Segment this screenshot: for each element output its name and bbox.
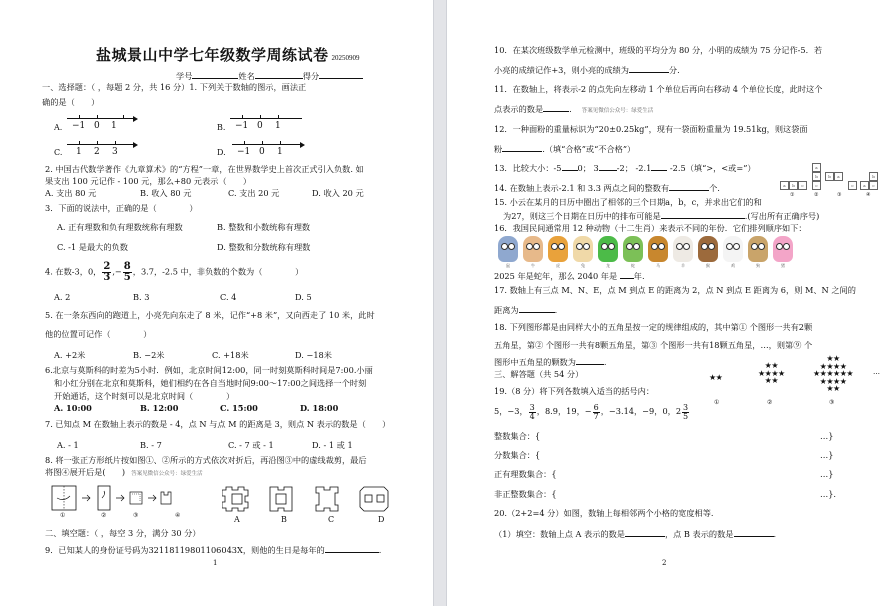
page-gutter — [433, 0, 447, 606]
fraction-8-5: 85 — [123, 262, 132, 283]
page-number: 1 — [213, 559, 217, 567]
page-number: 2 — [662, 559, 666, 567]
exam-title: 盐城景山中学七年级数学周练试卷20250909 — [96, 44, 360, 65]
q10-stem-line1: 10．在某次班级数学单元检测中，班级的平均分为 80 分，小明的成绩为 75 分… — [494, 45, 822, 56]
zodiac-animal: 马 — [647, 236, 669, 269]
section3-heading: 三、解答题（共 54 分） — [494, 369, 583, 380]
q2-option-c[interactable]: C. 支出 20 元 — [228, 188, 279, 199]
q2-stem-line2: 果支出 100 元记作 - 100 元，那么+80 元表示（ ） — [45, 176, 251, 187]
zodiac-animal-icon — [573, 236, 593, 262]
fraction-2-3: 23 — [102, 262, 111, 283]
q19-number-list: 5，−3，34，8.9，19，−67，−3.14，−9，0，235 — [494, 402, 690, 421]
q9-stem: 9．已知某人的身份证号码为32118119801106043X，则他的生日是每年… — [45, 544, 381, 556]
zodiac-animal-icon — [698, 236, 718, 262]
zodiac-animal: 鸡 — [722, 236, 744, 269]
q11-stem-line2: 点表示的数是.答案见微信公众号：绿爱生活 — [494, 103, 653, 117]
zodiac-animal-icon — [648, 236, 668, 262]
star-figure-1: ★★ — [709, 374, 722, 382]
watermark-text: 答案见微信公众号：绿爱生活 — [582, 108, 654, 114]
q6-stem-line1: 6.北京与莫斯科的时差为5小时．例如，北京时间12:00，同一时刻莫斯科时间是7… — [45, 365, 373, 376]
zodiac-animal-icon — [598, 236, 618, 262]
zodiac-animal-label: 羊 — [681, 263, 685, 269]
fraction-6-7: 67 — [593, 404, 600, 421]
zodiac-animal: 鼠 — [497, 236, 519, 269]
q7-option-b[interactable]: B. - 7 — [140, 440, 162, 451]
q12-stem-line2: 粉.（填“合格”或“不合格”） — [494, 143, 635, 155]
q18-stem-line1: 18. 下列图形都是由同样大小的五角星按一定的规律组成的，其中第① 个图形一共有… — [494, 322, 812, 333]
q4-option-b[interactable]: B. 3 — [133, 292, 149, 303]
q5-option-b[interactable]: B. −2米 — [133, 350, 164, 361]
q16-stem-line2: 2025 年是蛇年，那么 2040 年是 年. — [494, 270, 645, 282]
zodiac-animal-label: 鸡 — [731, 263, 735, 269]
q8-stem-line1: 8. 将一张正方形纸片按如图①、②所示的方式依次对折后，再沿图③中的虚线裁剪，最… — [45, 455, 367, 466]
set-integers-label: 整数集合：{ — [494, 431, 540, 442]
section2-heading: 二、填空题：（ ，每空 3 分，满分 30 分） — [45, 528, 201, 539]
q10-stem-line2: 小亮的成绩记作+3，则小亮的成绩为分. — [494, 64, 680, 76]
q13-blank-2[interactable] — [599, 162, 617, 171]
zodiac-animal-label: 龙 — [606, 263, 610, 269]
zodiac-animal: 龙 — [597, 236, 619, 269]
q8-stem-line2: 将图④展开后是( )答案见微信公众号：绿爱生活 — [45, 467, 203, 480]
section1-heading: 一、选择题：（ ，每题 2 分，共 16 分）1. 下列关于数轴的图示，画法正 — [42, 82, 306, 93]
zodiac-animal-icon — [748, 236, 768, 262]
q16-answer-blank[interactable] — [620, 270, 634, 279]
q1-stem-cont: 确的是（ ） — [42, 97, 99, 108]
q7-option-d[interactable]: D. - 1 或 1 — [312, 440, 353, 451]
zodiac-animal: 猴 — [697, 236, 719, 269]
student-name-blank[interactable] — [255, 70, 303, 79]
folding-steps-diagram — [50, 484, 180, 520]
zodiac-animal-icon — [673, 236, 693, 262]
zodiac-animal: 兔 — [572, 236, 594, 269]
q10-answer-blank[interactable] — [629, 64, 669, 73]
q15-stem-line2: 为27，则这三个日期在日历中的排布可能是.(写出所有正确序号) — [503, 210, 819, 222]
zodiac-animal-icon — [498, 236, 518, 262]
zodiac-animals-row: 鼠牛虎兔龙蛇马羊猴鸡狗猪 — [497, 236, 794, 269]
q20-point-a-blank[interactable] — [625, 528, 665, 537]
q18-answer-blank[interactable] — [576, 356, 604, 365]
q6-option-c[interactable]: C. 15:00 — [220, 403, 258, 414]
zodiac-animal-icon — [623, 236, 643, 262]
q15-answer-blank[interactable] — [661, 210, 745, 219]
q14-answer-blank[interactable] — [669, 182, 709, 191]
q1-option-d-number-line: −101 — [232, 139, 306, 161]
q20-stem: 20.（2+2=4 分）如图，数轴上每相邻两个小格的宽度相等. — [494, 508, 714, 519]
set-positive-rationals-input[interactable] — [615, 469, 795, 480]
q3-option-a[interactable]: A. 正有理数和负有理数统称有理数 — [57, 222, 183, 233]
q17-answer-blank[interactable] — [519, 304, 555, 313]
zodiac-animal: 狗 — [747, 236, 769, 269]
zodiac-animal-icon — [773, 236, 793, 262]
q5-option-c[interactable]: C. +18米 — [212, 350, 249, 361]
fraction-3-4: 34 — [529, 404, 536, 421]
set-integers-input[interactable] — [615, 431, 795, 442]
zodiac-animal-label: 蛇 — [631, 263, 635, 269]
q13-blank-3[interactable] — [651, 162, 667, 171]
zodiac-animal: 猪 — [772, 236, 794, 269]
q19-stem: 19.（8 分）将下列各数填入适当的括号内： — [494, 386, 654, 397]
q5-option-d[interactable]: D. −18米 — [295, 350, 332, 361]
q20-point-b-blank[interactable] — [734, 528, 774, 537]
q6-option-d[interactable]: D. 18:00 — [300, 403, 338, 414]
zodiac-animal-label: 狗 — [756, 263, 760, 269]
q4-option-c[interactable]: C. 4 — [220, 292, 236, 303]
q2-option-d[interactable]: D. 收入 20 元 — [312, 188, 364, 199]
star-figure-2: ★★★★★★★★ — [758, 362, 785, 385]
q16-stem: 16．我国民间通常用 12 种动物（十二生肖）来表示不同的年份．它们排列顺序如下… — [494, 223, 807, 234]
exam-date: 20250909 — [332, 54, 360, 62]
set-non-positive-integers-input[interactable] — [615, 489, 795, 500]
zodiac-animal-icon — [723, 236, 743, 262]
student-id-blank[interactable] — [192, 70, 238, 79]
fraction-3-5: 35 — [682, 404, 689, 421]
star-figure-3: ★★★★★★★★★★★★★★★★★★ — [813, 355, 853, 393]
q2-option-b[interactable]: B. 收入 80 元 — [140, 188, 191, 199]
document-page-1: 盐城景山中学七年级数学周练试卷20250909 学号姓名得分 一、选择题：（ ，… — [0, 0, 433, 606]
q6-stem-line2: 和小红分别在北京和莫斯科，她们相约在各自当地时间9:00～17:00之间选择一个… — [54, 378, 366, 389]
zodiac-animal-label: 猪 — [781, 263, 785, 269]
zodiac-animal: 蛇 — [622, 236, 644, 269]
q7-option-a[interactable]: A. - 1 — [57, 440, 79, 451]
q12-answer-blank[interactable] — [502, 143, 542, 152]
q7-option-c[interactable]: C. - 7 或 - 1 — [228, 440, 274, 451]
q17-stem-line1: 17. 数轴上有三点 M、N、E，点 M 到点 E 的距离为 2，点 N 到点 … — [494, 285, 856, 296]
q3-option-d[interactable]: D. 整数和分数统称有理数 — [217, 242, 310, 253]
q2-option-a[interactable]: A. 支出 80 元 — [45, 188, 96, 199]
watermark-text: 答案见微信公众号：绿爱生活 — [131, 471, 203, 477]
set-fractions-input[interactable] — [615, 450, 795, 461]
q11-answer-blank[interactable] — [543, 103, 569, 112]
q11-stem-line1: 11．在数轴上，将表示-2 的点先向左移动 1 个单位后再向右移动 4 个单位长… — [494, 84, 822, 95]
q18-stem-line3: 图形中五角星的颗数为. — [494, 356, 607, 368]
q1-option-a-number-line: −101 — [67, 113, 139, 135]
zodiac-animal: 羊 — [672, 236, 694, 269]
zodiac-animal-label: 兔 — [581, 263, 585, 269]
q14-stem: 14. 在数轴上表示-2.1 和 3.3 两点之间的整数有个. — [494, 182, 720, 194]
q6-stem-line3: 开始通话，这个时刻可以是北京时间（ ） — [54, 391, 234, 402]
student-info-fields: 学号姓名得分 — [176, 70, 363, 82]
q7-stem: 7. 已知点 M 在数轴上表示的数是 - 4，点 N 与点 M 的距离是 3，则… — [45, 419, 390, 430]
q2-stem-line1: 2. 中国古代数学著作《九章算术》的“方程”一章，在世界数学史上首次正式引入负数… — [45, 164, 364, 175]
q9-answer-blank[interactable] — [325, 544, 379, 553]
q5-stem-line1: 5. 在一条东西向的跑道上，小亮先向东走了 8 米，记作“+8 米”，又向西走了… — [45, 310, 375, 321]
q12-stem-line1: 12．一种面粉的重量标识为“20±0.25kg”，现有一袋面粉重量为 19.51… — [494, 124, 808, 135]
zodiac-animal-label: 鼠 — [506, 263, 510, 269]
q6-option-b[interactable]: B. 12:00 — [140, 403, 178, 414]
q4-stem: 4. 在数-3，0，23,−85，3.7，-2.5 中，非负数的个数为（ ） — [45, 262, 303, 283]
q17-stem-line2: 距离为. — [494, 304, 557, 316]
zodiac-animal-label: 猴 — [706, 263, 710, 269]
q3-stem: 3．下面的说法中，正确的是（ ） — [45, 203, 198, 214]
set-non-positive-integers-label: 非正整数集合：{ — [494, 489, 557, 500]
q18-stem-line2: 五角星，第② 个图形一共有8颗五角星，第③ 个图形一共有18颗五角星，…，则第⑨… — [494, 340, 812, 351]
q6-option-a[interactable]: A. 10:00 — [54, 403, 92, 414]
q1-option-b-number-line: −101 — [230, 113, 302, 135]
zodiac-animal: 虎 — [547, 236, 569, 269]
zodiac-animal-icon — [523, 236, 543, 262]
zodiac-animal: 牛 — [522, 236, 544, 269]
set-positive-rationals-label: 正有理数集合：{ — [494, 469, 557, 480]
q13-stem: 13．比较大小：-50； 3-2； -2.1 -2.5（填“>，<或=”） — [494, 162, 756, 174]
q8-answer-choices-diagram — [222, 484, 402, 514]
q4-option-a[interactable]: A. 2 — [54, 292, 70, 303]
q3-option-b[interactable]: B. 整数和小数统称有理数 — [217, 222, 310, 233]
q5-option-a[interactable]: A. +2米 — [54, 350, 85, 361]
q20-part1: （1）填空：数轴上点 A 表示的数是，点 B 表示的数是. — [494, 528, 776, 540]
zodiac-animal-label: 牛 — [531, 263, 535, 269]
document-page-2: 10．在某次班级数学单元检测中，班级的平均分为 80 分，小明的成绩为 75 分… — [447, 0, 880, 606]
q13-blank-1[interactable] — [562, 162, 578, 171]
set-fractions-label: 分数集合：{ — [494, 450, 540, 461]
score-blank[interactable] — [319, 70, 363, 79]
q5-stem-line2: 他的位置可记作（ ） — [45, 329, 151, 340]
q3-option-c[interactable]: C. -1 是最大的负数 — [57, 242, 128, 253]
q4-option-d[interactable]: D. 5 — [295, 292, 312, 303]
zodiac-animal-label: 虎 — [556, 263, 560, 269]
q1-option-c-number-line: 123 — [67, 139, 139, 161]
q15-stem-line1: 15. 小云在某月的日历中圈出了相邻的三个日期a，b，c，并求出它们的和 — [494, 197, 762, 208]
zodiac-animal-label: 马 — [656, 263, 660, 269]
zodiac-animal-icon — [548, 236, 568, 262]
